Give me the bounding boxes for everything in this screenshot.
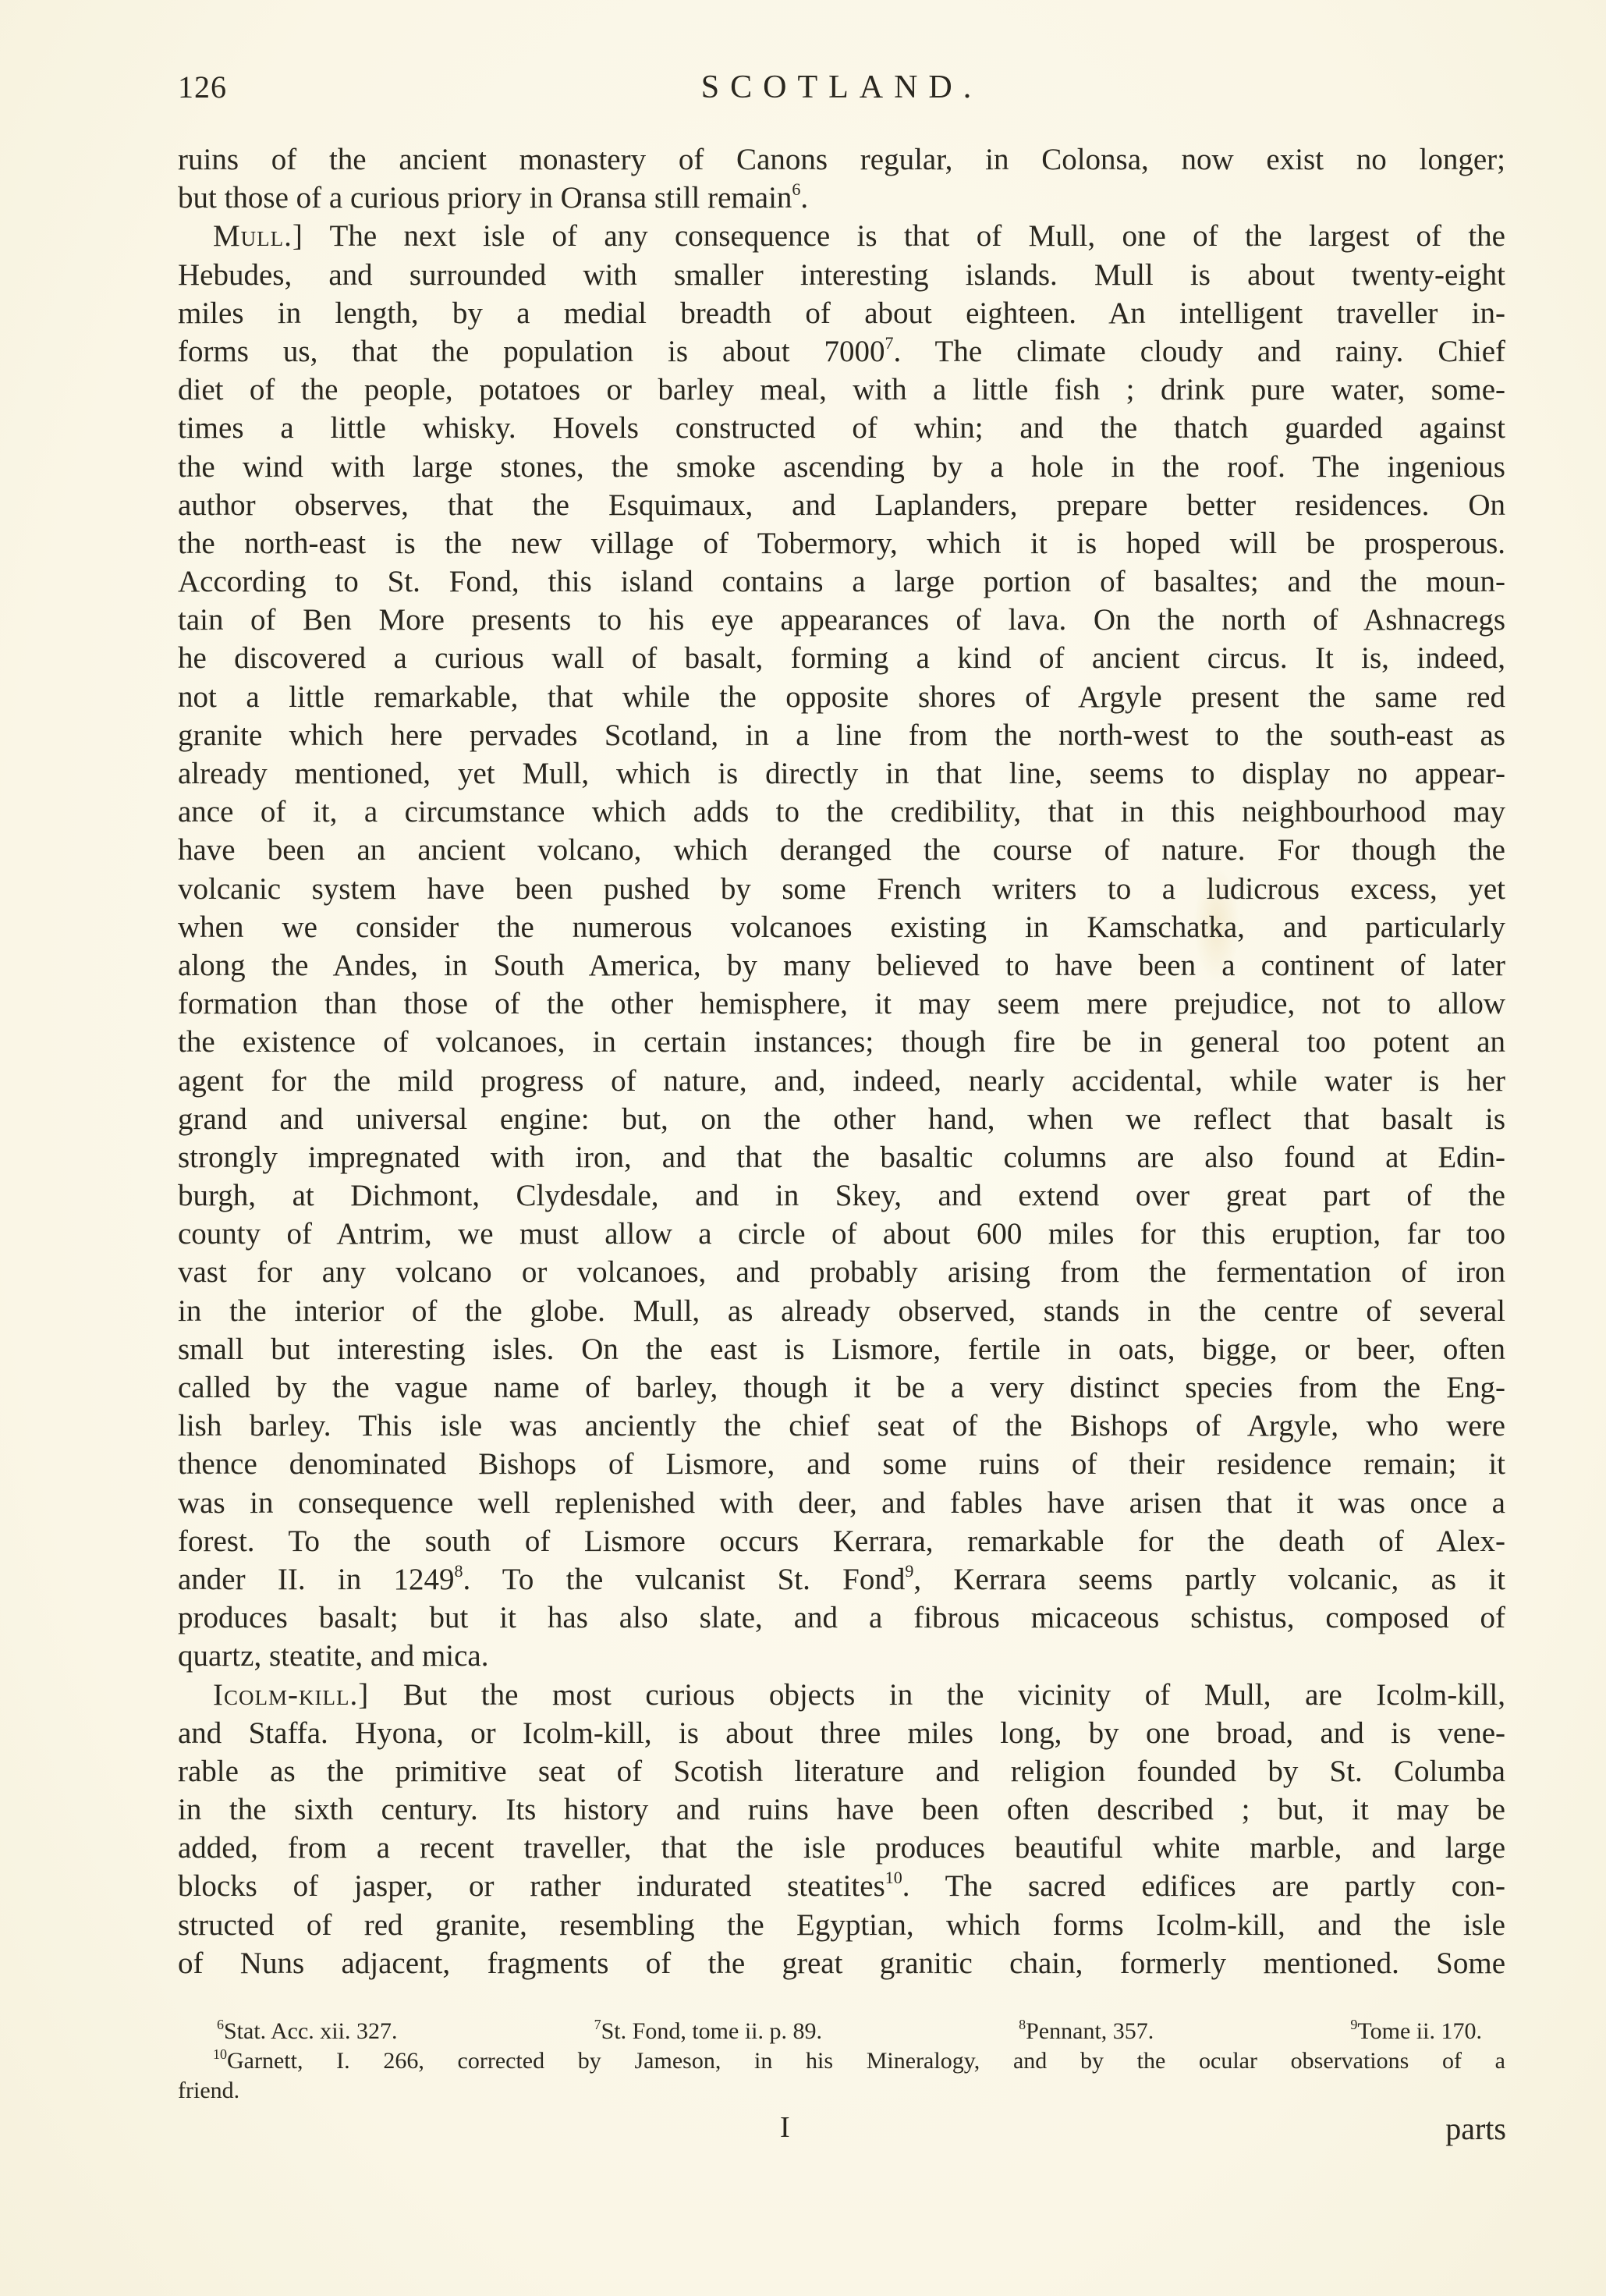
text-line: the north-east is the new village of Tob… xyxy=(178,524,1505,562)
text-line: county of Antrim, we must allow a circle… xyxy=(178,1215,1505,1253)
text-line: in the sixth century. Its history and ru… xyxy=(178,1790,1505,1829)
line-text: forms us, that the population is about 7… xyxy=(178,335,885,368)
line-text: agent for the mild progress of nature, a… xyxy=(178,1064,1505,1098)
footnote-mark: 6 xyxy=(217,2017,224,2032)
running-title: SCOTLAND. xyxy=(178,69,1505,106)
footnote-9: 9Tome ii. 170. xyxy=(1350,2017,1482,2046)
text-line: the existence of volcanoes, in certain i… xyxy=(178,1023,1505,1061)
page-header: 126 SCOTLAND. xyxy=(178,69,1505,115)
text-line: the wind with large stones, the smoke as… xyxy=(178,448,1505,486)
text-line: forms us, that the population is about 7… xyxy=(178,332,1505,371)
line-text: tain of Ben More presents to his eye app… xyxy=(178,603,1505,637)
line-text: volcanic system have been pushed by some… xyxy=(178,872,1505,906)
line-text: Hebudes, and surrounded with smaller int… xyxy=(178,258,1505,292)
line-text: in the sixth century. Its history and ru… xyxy=(178,1793,1505,1826)
line-text: called by the vague name of barley, thou… xyxy=(178,1371,1505,1404)
text-line: According to St. Fond, this island conta… xyxy=(178,562,1505,601)
line-text: thence denominated Bishops of Lismore, a… xyxy=(178,1447,1505,1481)
text-line: but those of a curious priory in Oransa … xyxy=(178,179,1505,217)
text-line: Hebudes, and surrounded with smaller int… xyxy=(178,256,1505,294)
text-line: called by the vague name of barley, thou… xyxy=(178,1368,1505,1407)
line-text: times a little whisky. Hovels constructe… xyxy=(178,411,1505,445)
line-text: when we consider the numerous volcanoes … xyxy=(178,910,1505,944)
line-text: diet of the people, potatoes or barley m… xyxy=(178,373,1505,406)
line-text: the wind with large stones, the smoke as… xyxy=(178,450,1505,484)
line-text: he discovered a curious wall of basalt, … xyxy=(178,641,1505,675)
line-text: lish barley. This isle was anciently the… xyxy=(178,1409,1505,1443)
footnote-8: 8Pennant, 357. xyxy=(1019,2017,1154,2046)
line-text: . xyxy=(800,181,808,215)
text-line: burgh, at Dichmont, Clydesdale, and in S… xyxy=(178,1176,1505,1215)
line-text: not a little remarkable, that while the … xyxy=(178,680,1505,714)
footnote-10: 10Garnett, I. 266, corrected by Jameson,… xyxy=(178,2046,1505,2076)
footnote-text: Pennant, 357. xyxy=(1026,2018,1154,2044)
line-text: added, from a recent traveller, that the… xyxy=(178,1831,1505,1865)
line-text: was in consequence well replenished with… xyxy=(178,1486,1505,1520)
text-line: Icolm-kill.] But the most curious object… xyxy=(178,1676,1505,1714)
line-text: formation than those of the other hemisp… xyxy=(178,987,1505,1020)
text-line: when we consider the numerous volcanoes … xyxy=(178,908,1505,946)
text-line: tain of Ben More presents to his eye app… xyxy=(178,601,1505,639)
footnote-reference[interactable]: 6 xyxy=(792,179,800,199)
line-text: but those of a curious priory in Oransa … xyxy=(178,181,792,215)
line-text: the existence of volcanoes, in certain i… xyxy=(178,1025,1505,1059)
text-line: ance of it, a circumstance which adds to… xyxy=(178,793,1505,831)
line-text: of Nuns adjacent, fragments of the great… xyxy=(178,1946,1505,1980)
footnote-row: 6Stat. Acc. xii. 327.7St. Fond, tome ii.… xyxy=(178,2017,1505,2046)
line-text: According to St. Fond, this island conta… xyxy=(178,565,1505,598)
footnotes: 6Stat. Acc. xii. 327.7St. Fond, tome ii.… xyxy=(178,2017,1505,2106)
footnote-text: Tome ii. 170. xyxy=(1357,2018,1482,2044)
footnote-reference[interactable]: 10 xyxy=(885,1868,902,1887)
line-text: ruins of the ancient monastery of Canons… xyxy=(178,143,1505,176)
text-line: structed of red granite, resembling the … xyxy=(178,1906,1505,1944)
text-line: formation than those of the other hemisp… xyxy=(178,985,1505,1023)
text-line: strongly impregnated with iron, and that… xyxy=(178,1138,1505,1176)
body-text: ruins of the ancient monastery of Canons… xyxy=(178,140,1505,1982)
line-text: the north-east is the new village of Tob… xyxy=(178,527,1505,560)
text-line: he discovered a curious wall of basalt, … xyxy=(178,639,1505,677)
text-line: vast for any volcano or volcanoes, and p… xyxy=(178,1253,1505,1291)
text-line: and Staffa. Hyona, or Icolm-kill, is abo… xyxy=(178,1714,1505,1752)
text-line: volcanic system have been pushed by some… xyxy=(178,870,1505,908)
text-line: forest. To the south of Lismore occurs K… xyxy=(178,1522,1505,1560)
line-text: . To the vulcanist St. Fond xyxy=(463,1563,905,1596)
footnote-6: 6Stat. Acc. xii. 327. xyxy=(217,2017,397,2046)
text-line: already mentioned, yet Mull, which is di… xyxy=(178,754,1505,793)
text-line: small but interesting isles. On the east… xyxy=(178,1330,1505,1368)
footnote-text: Stat. Acc. xii. 327. xyxy=(224,2018,397,2044)
text-line: of Nuns adjacent, fragments of the great… xyxy=(178,1944,1505,1982)
text-line: produces basalt; but it has also slate, … xyxy=(178,1599,1505,1637)
line-text: vast for any volcano or volcanoes, and p… xyxy=(178,1255,1505,1289)
line-text: along the Andes, in South America, by ma… xyxy=(178,949,1505,982)
footnote-7: 7St. Fond, tome ii. p. 89. xyxy=(594,2017,822,2046)
footnote-reference[interactable]: 9 xyxy=(905,1561,913,1581)
text-line: lish barley. This isle was anciently the… xyxy=(178,1407,1505,1445)
text-line: added, from a recent traveller, that the… xyxy=(178,1829,1505,1867)
signature-mark: I xyxy=(780,2110,790,2145)
footnote-mark: 8 xyxy=(1019,2017,1026,2032)
text-line: not a little remarkable, that while the … xyxy=(178,678,1505,716)
line-text: strongly impregnated with iron, and that… xyxy=(178,1141,1505,1174)
footnote-mark: 10 xyxy=(213,2046,227,2062)
line-text: in the interior of the globe. Mull, as a… xyxy=(178,1294,1505,1328)
footnote-mark: 7 xyxy=(594,2017,601,2032)
footnote-reference[interactable]: 7 xyxy=(885,333,894,353)
line-text: ander II. in 1249 xyxy=(178,1563,454,1596)
section-sidenote: Icolm-kill.] xyxy=(213,1678,369,1712)
text-line: diet of the people, potatoes or barley m… xyxy=(178,371,1505,409)
text-line: ruins of the ancient monastery of Canons… xyxy=(178,140,1505,179)
text-line: was in consequence well replenished with… xyxy=(178,1484,1505,1522)
line-text: blocks of jasper, or rather indurated st… xyxy=(178,1869,885,1903)
footnote-reference[interactable]: 8 xyxy=(454,1561,463,1581)
line-text: ance of it, a circumstance which adds to… xyxy=(178,795,1505,829)
text-line: rable as the primitive seat of Scotish l… xyxy=(178,1752,1505,1790)
line-text: and Staffa. Hyona, or Icolm-kill, is abo… xyxy=(178,1716,1505,1750)
text-line: have been an ancient volcano, which dera… xyxy=(178,831,1505,869)
text-line: quartz, steatite, and mica. xyxy=(178,1637,1505,1675)
line-text: . The climate cloudy and rainy. Chief xyxy=(894,335,1505,368)
line-text: But the most curious objects in the vici… xyxy=(369,1678,1505,1712)
line-text: already mentioned, yet Mull, which is di… xyxy=(178,757,1505,790)
line-text: county of Antrim, we must allow a circle… xyxy=(178,1217,1505,1251)
text-line: ander II. in 12498. To the vulcanist St.… xyxy=(178,1560,1505,1599)
line-text: small but interesting isles. On the east… xyxy=(178,1333,1505,1366)
footnote-text: St. Fond, tome ii. p. 89. xyxy=(601,2018,822,2044)
text-line: thence denominated Bishops of Lismore, a… xyxy=(178,1445,1505,1483)
line-text: quartz, steatite, and mica. xyxy=(178,1639,489,1673)
text-line: along the Andes, in South America, by ma… xyxy=(178,946,1505,985)
footnote-text: Garnett, I. 266, corrected by Jameson, i… xyxy=(227,2048,1505,2074)
line-text: granite which here pervades Scotland, in… xyxy=(178,719,1505,752)
line-text: structed of red granite, resembling the … xyxy=(178,1908,1505,1942)
line-text: rable as the primitive seat of Scotish l… xyxy=(178,1755,1505,1788)
text-line: times a little whisky. Hovels constructe… xyxy=(178,409,1505,447)
line-text: grand and universal engine: but, on the … xyxy=(178,1102,1505,1136)
line-text: produces basalt; but it has also slate, … xyxy=(178,1601,1505,1634)
line-text: have been an ancient volcano, which dera… xyxy=(178,833,1505,867)
text-line: in the interior of the globe. Mull, as a… xyxy=(178,1292,1505,1330)
line-text: miles in length, by a medial breadth of … xyxy=(178,296,1505,330)
footnote-10-continued: friend. xyxy=(178,2076,1505,2106)
text-line: author observes, that the Esquimaux, and… xyxy=(178,486,1505,524)
catchword: parts xyxy=(1445,2110,1506,2147)
line-text: . The sacred edifices are partly con- xyxy=(902,1869,1505,1903)
text-line: granite which here pervades Scotland, in… xyxy=(178,716,1505,754)
text-line: miles in length, by a medial breadth of … xyxy=(178,294,1505,332)
line-text: forest. To the south of Lismore occurs K… xyxy=(178,1524,1505,1558)
line-text: The next isle of any consequence is that… xyxy=(303,219,1505,253)
text-line: Mull.] The next isle of any consequence … xyxy=(178,217,1505,255)
text-line: blocks of jasper, or rather indurated st… xyxy=(178,1867,1505,1905)
line-text: author observes, that the Esquimaux, and… xyxy=(178,488,1505,522)
section-sidenote: Mull.] xyxy=(213,219,303,253)
book-page: 126 SCOTLAND. ruins of the ancient monas… xyxy=(0,0,1606,2296)
line-text: burgh, at Dichmont, Clydesdale, and in S… xyxy=(178,1179,1505,1212)
text-line: grand and universal engine: but, on the … xyxy=(178,1100,1505,1138)
line-text: , Kerrara seems partly volcanic, as it xyxy=(913,1563,1505,1596)
text-line: agent for the mild progress of nature, a… xyxy=(178,1062,1505,1100)
